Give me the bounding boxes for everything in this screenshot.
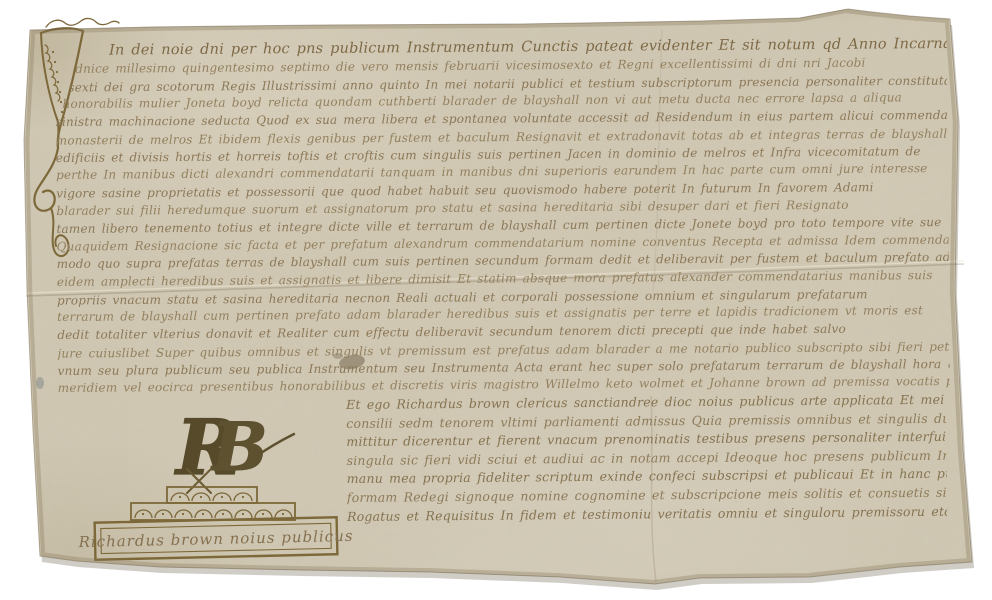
deed-body-text: In dei noie dni per hoc pns publicum Ins… [55,36,950,398]
notary-attestation-text: Et ego Richardus brown clericus sanctian… [346,391,947,526]
photograph-of-parchment-deed: R B [0,0,992,600]
